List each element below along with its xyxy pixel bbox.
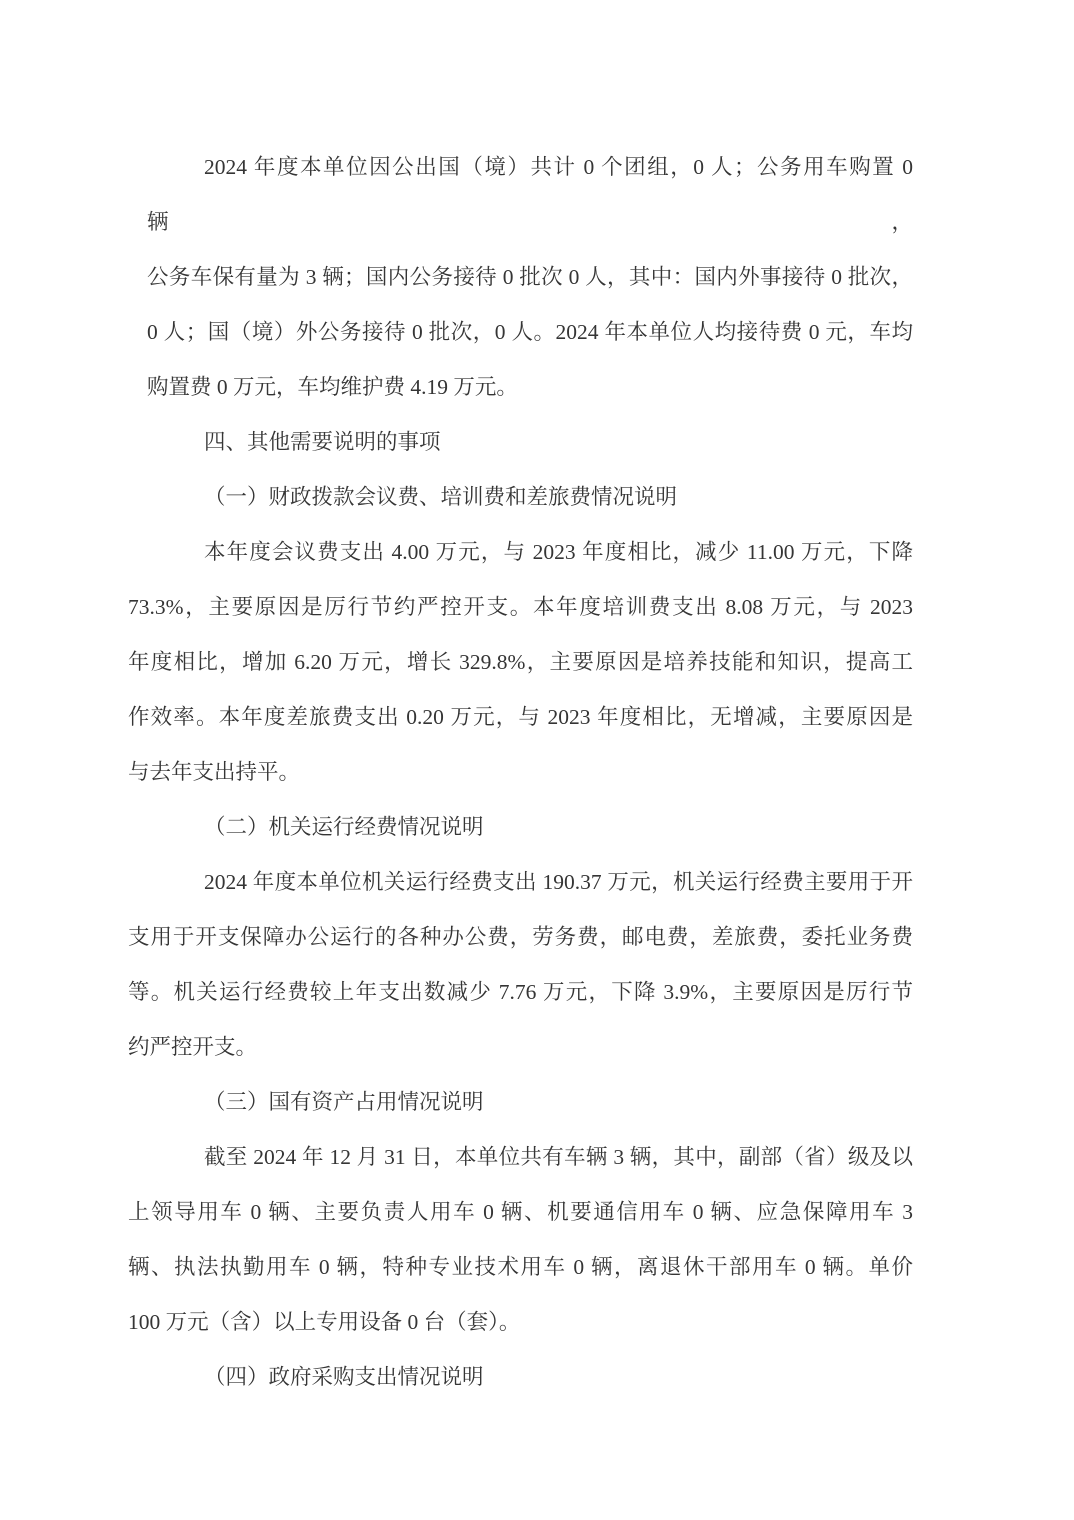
para-meeting-training-travel-expense: 本年度会议费支出 4.00 万元，与 2023 年度相比，减少 11.00 万元… [128,525,913,800]
para-operating-expense: 2024 年度本单位机关运行经费支出 190.37 万元，机关运行经费主要用于开… [128,855,913,1075]
para-state-assets: 截至 2024 年 12 月 31 日，本单位共有车辆 3 辆，其中，副部（省）… [128,1130,913,1350]
para-gov-affairs-summary: 2024 年度本单位因公出国（境）共计 0 个团组，0 人；公务用车购置 0 辆… [147,140,913,415]
text-line: 购置费 0 万元，车均维护费 4.19 万元。 [147,360,913,415]
heading-section-four: 四、其他需要说明的事项 [128,415,913,470]
heading-section-four-4: （四）政府采购支出情况说明 [128,1350,913,1405]
text-line: （一）财政拨款会议费、培训费和差旅费情况说明 [128,470,913,525]
text-line: 等。机关运行经费较上年支出数减少 7.76 万元，下降 3.9%，主要原因是厉行… [128,965,913,1020]
text-line: 本年度会议费支出 4.00 万元，与 2023 年度相比，减少 11.00 万元… [128,525,913,580]
text-line: 与去年支出持平。 [128,745,913,800]
text-line: 年度相比，增加 6.20 万元，增长 329.8%，主要原因是培养技能和知识，提… [128,635,913,690]
text-line: （二）机关运行经费情况说明 [128,800,913,855]
text-line: 约严控开支。 [128,1020,913,1075]
text-line: 四、其他需要说明的事项 [128,415,913,470]
document-page: 2024 年度本单位因公出国（境）共计 0 个团组，0 人；公务用车购置 0 辆… [0,0,1074,1520]
heading-section-four-1: （一）财政拨款会议费、培训费和差旅费情况说明 [128,470,913,525]
text-line: 2024 年度本单位因公出国（境）共计 0 个团组，0 人；公务用车购置 0 辆… [147,140,913,250]
text-line: 公务车保有量为 3 辆；国内公务接待 0 批次 0 人，其中：国内外事接待 0 … [147,250,913,305]
text-line: 支用于开支保障办公运行的各种办公费，劳务费，邮电费，差旅费，委托业务费 [128,910,913,965]
document-body: 2024 年度本单位因公出国（境）共计 0 个团组，0 人；公务用车购置 0 辆… [128,140,913,1405]
text-line: 100 万元（含）以上专用设备 0 台（套）。 [128,1295,913,1350]
text-line: 截至 2024 年 12 月 31 日，本单位共有车辆 3 辆，其中，副部（省）… [128,1130,913,1185]
text-line: 辆、执法执勤用车 0 辆，特种专业技术用车 0 辆，离退休干部用车 0 辆。单价 [128,1240,913,1295]
heading-section-four-3: （三）国有资产占用情况说明 [128,1075,913,1130]
text-line: （三）国有资产占用情况说明 [128,1075,913,1130]
heading-section-four-2: （二）机关运行经费情况说明 [128,800,913,855]
text-line: （四）政府采购支出情况说明 [128,1350,913,1405]
text-line: 0 人；国（境）外公务接待 0 批次，0 人。2024 年本单位人均接待费 0 … [147,305,913,360]
text-line: 2024 年度本单位机关运行经费支出 190.37 万元，机关运行经费主要用于开 [128,855,913,910]
text-line: 上领导用车 0 辆、主要负责人用车 0 辆、机要通信用车 0 辆、应急保障用车 … [128,1185,913,1240]
text-line: 73.3%，主要原因是厉行节约严控开支。本年度培训费支出 8.08 万元，与 2… [128,580,913,635]
text-line: 作效率。本年度差旅费支出 0.20 万元，与 2023 年度相比，无增减，主要原… [128,690,913,745]
